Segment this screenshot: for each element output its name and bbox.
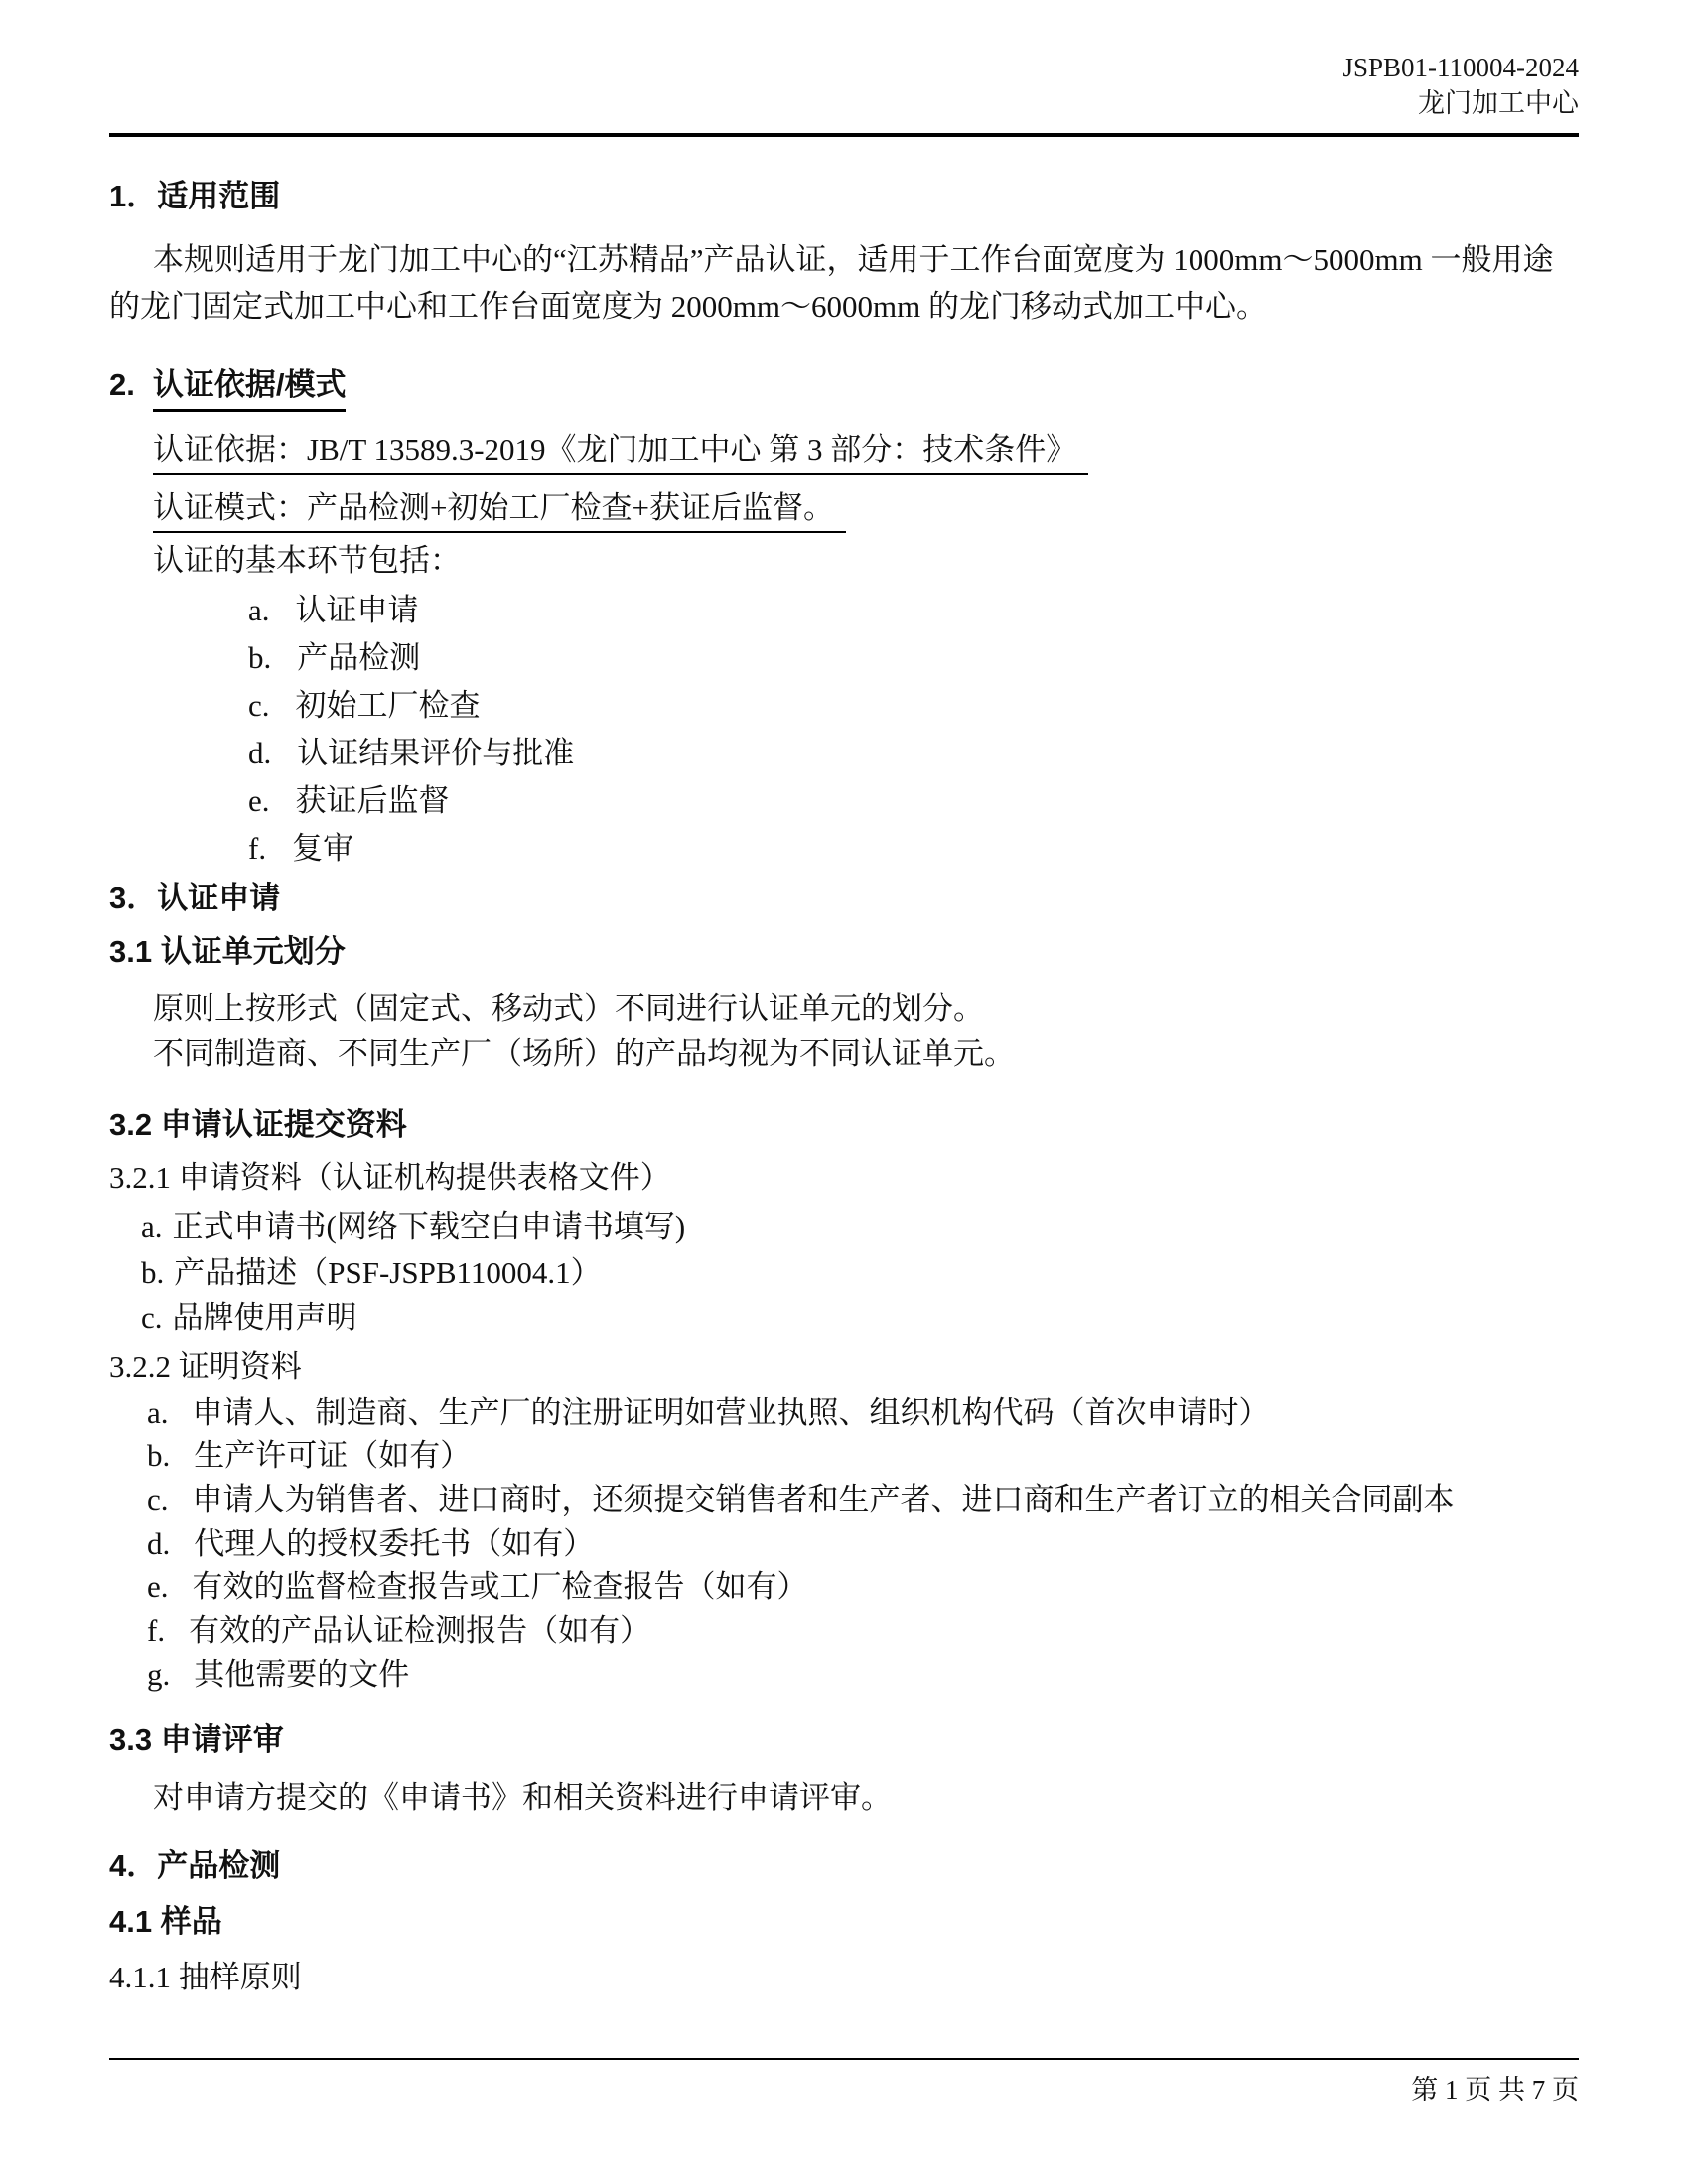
- step-marker: f.: [248, 833, 266, 865]
- step-marker: c.: [248, 690, 270, 722]
- item-label: 申请人、制造商、生产厂的注册证明如营业执照、组织机构代码（首次申请时）: [193, 1395, 1270, 1431]
- list-item: f. 有效的产品认证检测报告（如有）: [147, 1613, 1579, 1649]
- list-item: c. 申请人为销售者、进口商时，还须提交销售者和生产者、进口商和生产者订立的相关…: [147, 1482, 1579, 1518]
- step-item: e. 获证后监督: [248, 785, 1579, 817]
- doc-title: 龙门加工中心: [109, 85, 1579, 121]
- section-2-heading: 2.认证依据/模式: [109, 359, 1579, 412]
- certification-mode-line: 认证模式：产品检测+初始工厂检查+获证后监督。: [153, 482, 1579, 533]
- section-4-heading: 4．产品检测: [109, 1846, 1579, 1886]
- section-3-2-2-heading: 3.2.2 证明资料: [109, 1347, 1579, 1387]
- item-marker: f.: [147, 1613, 165, 1649]
- section-3-1-heading: 3.1 认证单元划分: [109, 932, 1579, 972]
- step-label: 产品检测: [297, 642, 420, 674]
- step-marker: a.: [248, 595, 270, 626]
- list-item: e. 有效的监督检查报告或工厂检查报告（如有）: [147, 1570, 1579, 1605]
- item-marker: d.: [147, 1526, 170, 1562]
- certification-steps-list: a. 认证申请 b. 产品检测 c. 初始工厂检查 d. 认证结果评价与批准 e…: [248, 595, 1579, 865]
- list-item: g. 其他需要的文件: [147, 1657, 1579, 1693]
- step-item: d. 认证结果评价与批准: [248, 738, 1579, 769]
- item-marker: e.: [147, 1570, 169, 1605]
- list-item: b. 产品描述（PSF-JSPB110004.1）: [141, 1256, 1579, 1290]
- step-label: 认证结果评价与批准: [297, 738, 574, 769]
- item-label: 申请人为销售者、进口商时，还须提交销售者和生产者、进口商和生产者订立的相关合同副…: [193, 1482, 1455, 1518]
- steps-intro: 认证的基本环节包括：: [153, 543, 1579, 579]
- section-2-number: 2.: [109, 367, 135, 402]
- page-number: 第 1 页 共 7 页: [1411, 2075, 1579, 2105]
- step-label: 获证后监督: [296, 785, 450, 817]
- step-label: 认证申请: [296, 595, 419, 626]
- section-1-paragraph: 本规则适用于龙门加工中心的“江苏精品”产品认证，适用于工作台面宽度为 1000m…: [109, 236, 1579, 330]
- section-3-2-heading: 3.2 申请认证提交资料: [109, 1105, 1579, 1145]
- item-label: 产品描述（PSF-JSPB110004.1）: [174, 1256, 601, 1290]
- page-footer: 第 1 页 共 7 页: [109, 2058, 1579, 2107]
- list-item: d. 代理人的授权委托书（如有）: [147, 1526, 1579, 1562]
- item-marker: a.: [147, 1395, 169, 1431]
- item-label: 生产许可证（如有）: [194, 1438, 471, 1474]
- item-marker: a.: [141, 1210, 163, 1244]
- application-materials-list: a. 正式申请书(网络下载空白申请书填写) b. 产品描述（PSF-JSPB11…: [141, 1210, 1579, 1335]
- item-label: 其他需要的文件: [194, 1657, 409, 1693]
- item-label: 有效的产品认证检测报告（如有）: [189, 1613, 650, 1649]
- item-label: 正式申请书(网络下载空白申请书填写): [173, 1210, 686, 1244]
- step-marker: b.: [248, 642, 271, 674]
- item-marker: c.: [147, 1482, 169, 1518]
- item-marker: b.: [147, 1438, 170, 1474]
- list-item: b. 生产许可证（如有）: [147, 1438, 1579, 1474]
- step-marker: d.: [248, 738, 271, 769]
- page-header: JSPB01-110004-2024 龙门加工中心: [109, 50, 1579, 121]
- section-3-1-line2: 不同制造商、不同生产厂（场所）的产品均视为不同认证单元。: [153, 1031, 1579, 1077]
- item-label: 代理人的授权委托书（如有）: [194, 1526, 594, 1562]
- list-item: a. 正式申请书(网络下载空白申请书填写): [141, 1210, 1579, 1244]
- step-item: f. 复审: [248, 833, 1579, 865]
- section-3-3-paragraph: 对申请方提交的《申请书》和相关资料进行申请评审。: [109, 1774, 1579, 1821]
- section-3-3-heading: 3.3 申请评审: [109, 1720, 1579, 1760]
- section-3-2-1-heading: 3.2.1 申请资料（认证机构提供表格文件）: [109, 1159, 1579, 1198]
- item-marker: g.: [147, 1657, 170, 1693]
- list-item: a. 申请人、制造商、生产厂的注册证明如营业执照、组织机构代码（首次申请时）: [147, 1395, 1579, 1431]
- item-label: 有效的监督检查报告或工厂检查报告（如有）: [193, 1570, 808, 1605]
- step-label: 复审: [292, 833, 353, 865]
- section-2-title: 认证依据/模式: [153, 359, 347, 412]
- section-4-1-1-heading: 4.1.1 抽样原则: [109, 1958, 1579, 1997]
- header-rule: [109, 133, 1579, 137]
- certification-basis-line: 认证依据：JB/T 13589.3-2019《龙门加工中心 第 3 部分：技术条…: [153, 424, 1579, 475]
- supporting-documents-list: a. 申请人、制造商、生产厂的注册证明如营业执照、组织机构代码（首次申请时） b…: [147, 1395, 1579, 1693]
- item-marker: c.: [141, 1301, 163, 1335]
- section-4-1-heading: 4.1 样品: [109, 1902, 1579, 1942]
- document-page: JSPB01-110004-2024 龙门加工中心 1．适用范围 本规则适用于龙…: [0, 0, 1688, 2184]
- list-item: c. 品牌使用声明: [141, 1301, 1579, 1335]
- step-item: c. 初始工厂检查: [248, 690, 1579, 722]
- step-label: 初始工厂检查: [296, 690, 481, 722]
- doc-number: JSPB01-110004-2024: [109, 50, 1579, 85]
- section-3-heading: 3．认证申请: [109, 879, 1579, 918]
- section-1-heading: 1．适用范围: [109, 177, 1579, 216]
- section-3-1-line1: 原则上按形式（固定式、移动式）不同进行认证单元的划分。: [153, 986, 1579, 1031]
- item-label: 品牌使用声明: [173, 1301, 357, 1335]
- step-marker: e.: [248, 785, 270, 817]
- step-item: a. 认证申请: [248, 595, 1579, 626]
- step-item: b. 产品检测: [248, 642, 1579, 674]
- item-marker: b.: [141, 1256, 164, 1290]
